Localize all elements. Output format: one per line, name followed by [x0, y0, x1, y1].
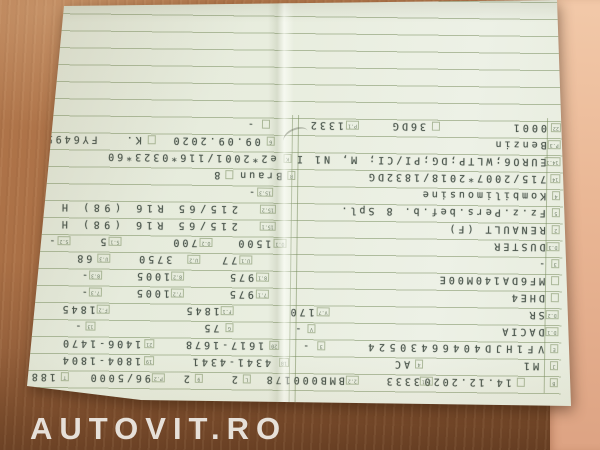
- document-shadow-wrap: B14.12.20202.133332.2BMB000178L292P.296/…: [0, 0, 600, 450]
- field-value: 09.09.2020: [170, 134, 260, 146]
- field-value: 188: [29, 371, 56, 382]
- field-value: 2: [181, 373, 190, 384]
- field-value: 1005: [134, 287, 170, 298]
- field-value: Braun: [237, 169, 282, 181]
- field-label-box: F.2: [97, 305, 110, 314]
- field-label-box: 7.2: [171, 289, 184, 298]
- field-value: 5: [97, 236, 106, 247]
- field-label-box: S.1: [108, 237, 121, 246]
- field-value: -: [79, 286, 88, 297]
- field-value: 215/65 R16 (98) H: [57, 218, 238, 231]
- field-code-box: D.3: [546, 242, 559, 251]
- field-label-box: 2.2: [346, 376, 359, 385]
- field-label-box: 8.2: [171, 272, 184, 281]
- field-label-box: O.2: [199, 238, 212, 247]
- field-value: 96/5000: [88, 371, 151, 383]
- field-label-box: O.1: [273, 239, 286, 248]
- field-value: SR: [527, 309, 545, 320]
- field-label-box: 6: [267, 137, 275, 146]
- field-value: 215/65 R16 (98) H: [57, 201, 238, 214]
- field-value: 170: [288, 306, 315, 317]
- field-value: e2*2001/116*0323*60: [105, 151, 277, 164]
- field-label-box: 9: [195, 374, 203, 383]
- field-value: 975: [227, 288, 254, 299]
- field-value: -: [300, 340, 309, 351]
- field-value: 2: [229, 373, 238, 384]
- field-value: 8: [211, 169, 220, 180]
- field-code-box: J: [550, 361, 558, 370]
- field-value: 1332: [308, 119, 344, 130]
- field-value: Benzin: [493, 138, 547, 150]
- field-value: 1804-1804: [60, 354, 141, 366]
- field-code-box: 14: [550, 174, 560, 183]
- field-label-box: [148, 135, 156, 144]
- field-value: VF1HJD40466430524: [364, 341, 545, 354]
- field-label-box: U.3: [97, 254, 110, 263]
- field-value: MF6DA140M00E: [437, 274, 545, 286]
- field-label-box: U.1: [239, 255, 252, 264]
- field-code-box: 2: [552, 225, 560, 234]
- field-value: RENAULT (F): [446, 223, 545, 235]
- field-label-box: S.2: [57, 236, 70, 245]
- field-value: 1005: [134, 270, 170, 281]
- field-label-box: P.1: [346, 121, 359, 130]
- field-value: FY649515: [26, 133, 98, 145]
- field-label-box: [225, 170, 233, 179]
- field-value: EURO6;WLTP;DG;PI/CI; M, N1 I: [294, 153, 547, 167]
- field-value: -: [246, 186, 255, 197]
- field-code-box: 14.1: [544, 157, 560, 166]
- field-label-box: 18: [279, 358, 289, 367]
- field-value: -: [536, 258, 545, 269]
- field-label-box: F.1: [221, 306, 234, 315]
- field-value: 36DG: [390, 120, 426, 131]
- field-code-box: P.3: [548, 140, 561, 149]
- field-value: AC: [392, 358, 410, 369]
- field-label-box: 15.3: [257, 188, 273, 197]
- field-value: 3333: [384, 375, 420, 386]
- field-value: 75: [201, 322, 219, 333]
- field-value: 1617-1678: [183, 339, 264, 351]
- field-value: K.: [124, 134, 142, 145]
- field-value: 77: [219, 254, 237, 265]
- field-code-box: 3: [551, 259, 559, 268]
- field-label-box: 7.1: [256, 290, 269, 299]
- field-label-box: L: [243, 374, 251, 383]
- field-label-box: 2.1: [420, 377, 433, 386]
- field-value: 3750: [136, 253, 172, 264]
- field-value: 1406-1470: [60, 337, 141, 349]
- field-label-box: P.2: [152, 373, 165, 382]
- field-value: 1845: [60, 303, 96, 314]
- field-label-box: 3: [317, 341, 325, 350]
- field-value: 700: [170, 236, 197, 247]
- field-label-box: T: [61, 372, 69, 381]
- field-value: 14.12.2020: [422, 376, 512, 388]
- field-label-box: 7.3: [89, 288, 102, 297]
- field-label-box: V.7: [317, 307, 330, 316]
- field-label-box: 15.1: [260, 222, 276, 231]
- field-label-box: 19: [144, 356, 154, 365]
- field-label-box: [432, 122, 440, 131]
- field-label-box: 13: [85, 321, 95, 330]
- field-label-box: 4: [415, 359, 423, 368]
- field-value: -: [72, 320, 81, 331]
- field-label-box: [517, 378, 525, 387]
- field-value: BMB000178: [264, 374, 345, 386]
- field-value: 1500: [235, 237, 271, 248]
- field-label-box: G: [225, 323, 233, 332]
- document-content: B14.12.20202.133332.2BMB000178L292P.296/…: [23, 0, 566, 410]
- field-value: 0001: [511, 122, 547, 133]
- field-value: 4341-4341: [190, 356, 271, 368]
- field-code-box: [551, 293, 559, 302]
- registration-document-paper: B14.12.20202.133332.2BMB000178L292P.296/…: [0, 0, 600, 450]
- field-code-box: 5: [552, 208, 560, 217]
- field-code-box: D.2: [546, 310, 559, 319]
- field-label-box: 20: [269, 341, 279, 350]
- field-value: 1845: [184, 305, 220, 316]
- field-value: DUSTER: [491, 240, 545, 252]
- field-label-box: 21: [144, 339, 154, 348]
- field-value: Kombilimousine: [420, 189, 546, 202]
- field-value: 715/2007*2018/1832DG: [366, 171, 547, 184]
- field-value: -: [292, 323, 301, 334]
- field-label-box: 15.2: [260, 205, 276, 214]
- field-label-box: U.2: [187, 255, 200, 264]
- field-value: -: [46, 235, 55, 246]
- field-value: -: [79, 269, 88, 280]
- field-code-box: 22: [551, 123, 561, 132]
- field-label-box: 8.3: [89, 271, 102, 280]
- field-code-box: 4: [552, 191, 560, 200]
- field-label-box: [262, 120, 270, 129]
- field-value: 975: [227, 271, 254, 282]
- field-value: -: [245, 118, 254, 129]
- photo-container: B14.12.20202.133332.2BMB000178L292P.296/…: [0, 0, 600, 450]
- field-value: M1: [521, 360, 539, 371]
- field-value: DACIA: [499, 326, 544, 338]
- field-label-box: 8.1: [256, 273, 269, 282]
- autovit-watermark: AUTOVIT.RO: [30, 411, 287, 447]
- field-code-box: [551, 276, 559, 285]
- field-code-box: D.1: [545, 327, 558, 336]
- field-label-box: R: [287, 171, 295, 180]
- field-value: DHE4: [509, 292, 545, 303]
- field-label-box: K: [283, 154, 291, 163]
- field-code-box: E: [550, 344, 558, 353]
- field-value: Fz.z.Pers.bef.b. 8 Spl.: [338, 205, 546, 219]
- field-label-box: V: [307, 324, 315, 333]
- field-value: 68: [74, 252, 92, 263]
- field-code-box: B: [550, 378, 558, 387]
